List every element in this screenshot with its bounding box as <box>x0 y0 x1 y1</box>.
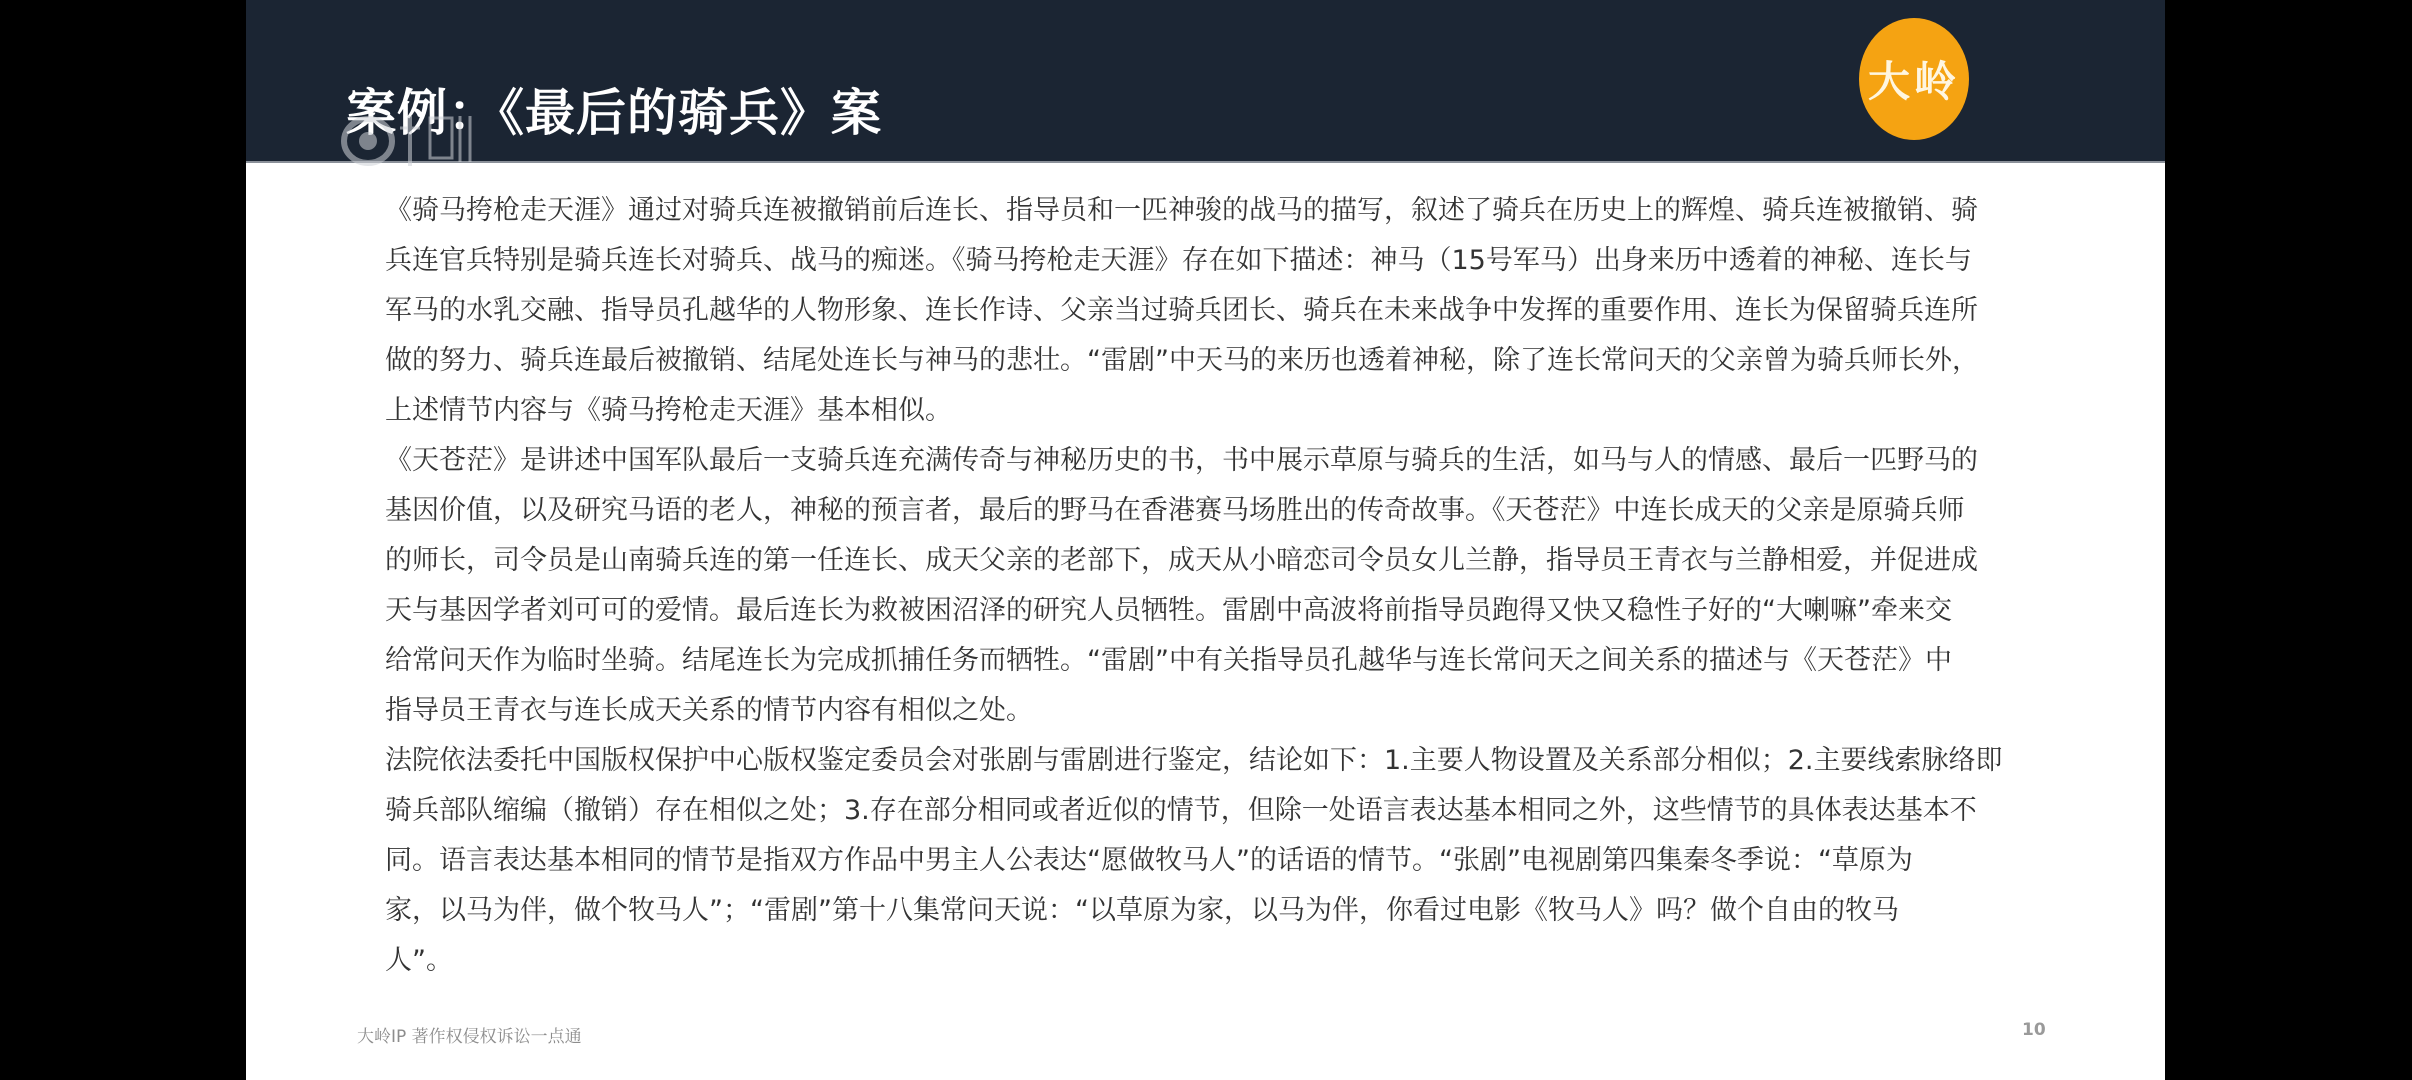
text-line: 《天苍茫》是讲述中国军队最后一支骑兵连充满传奇与神秘历史的书，书中展示草原与骑兵… <box>385 436 2050 486</box>
text-line: 同。语言表达基本相同的情节是指双方作品中男主人公表达“愿做牧马人”的话语的情节。… <box>385 836 2050 886</box>
text-line: 家，以马为伴，做个牧马人”；“雷剧”第十八集常问天说：“以草原为家，以马为伴，你… <box>385 886 2050 936</box>
page-number: 10 <box>2022 1020 2046 1040</box>
text-line: 军马的水乳交融、指导员孔越华的人物形象、连长作诗、父亲当过骑兵团长、骑兵在未来战… <box>385 286 2050 336</box>
video-frame: 案例：《最后的骑兵》案 大岭 《骑马挎枪走天涯》通过对骑兵连被撤销前后连长、指导… <box>0 0 2412 1080</box>
text-line: 兵连官兵特别是骑兵连长对骑兵、战马的痴迷。《骑马挎枪走天涯》存在如下描述：神马（… <box>385 236 2050 286</box>
text-line: 《骑马挎枪走天涯》通过对骑兵连被撤销前后连长、指导员和一匹神骏的战马的描写，叙述… <box>385 186 2050 236</box>
slide-header: 案例：《最后的骑兵》案 大岭 <box>246 0 2165 163</box>
watermark-logo-icon <box>338 96 478 166</box>
text-line: 法院依法委托中国版权保护中心版权鉴定委员会对张剧与雷剧进行鉴定，结论如下：1.主… <box>385 736 2050 786</box>
text-line: 人”。 <box>385 936 2050 986</box>
paragraph-1: 《骑马挎枪走天涯》通过对骑兵连被撤销前后连长、指导员和一匹神骏的战马的描写，叙述… <box>385 186 2050 436</box>
text-line: 上述情节内容与《骑马挎枪走天涯》基本相似。 <box>385 386 2050 436</box>
paragraph-3: 法院依法委托中国版权保护中心版权鉴定委员会对张剧与雷剧进行鉴定，结论如下：1.主… <box>385 736 2050 986</box>
text-line: 给常问天作为临时坐骑。结尾连长为完成抓捕任务而牺牲。“雷剧”中有关指导员孔越华与… <box>385 636 2050 686</box>
text-line: 天与基因学者刘可可的爱情。最后连长为救被困沼泽的研究人员牺牲。雷剧中高波将前指导… <box>385 586 2050 636</box>
slide-body: 《骑马挎枪走天涯》通过对骑兵连被撤销前后连长、指导员和一匹神骏的战马的描写，叙述… <box>385 186 2050 986</box>
slide-footer-text: 大岭IP 著作权侵权诉讼一点通 <box>357 1022 582 1047</box>
text-line: 指导员王青衣与连长成天关系的情节内容有相似之处。 <box>385 686 2050 736</box>
text-line: 骑兵部队缩编（撤销）存在相似之处；3.存在部分相同或者近似的情节，但除一处语言表… <box>385 786 2050 836</box>
presentation-slide: 案例：《最后的骑兵》案 大岭 《骑马挎枪走天涯》通过对骑兵连被撤销前后连长、指导… <box>246 0 2165 1080</box>
brand-logo-text: 大岭 <box>1868 49 1960 109</box>
paragraph-2: 《天苍茫》是讲述中国军队最后一支骑兵连充满传奇与神秘历史的书，书中展示草原与骑兵… <box>385 436 2050 736</box>
brand-logo: 大岭 <box>1859 18 1969 140</box>
text-line: 的师长，司令员是山南骑兵连的第一任连长、成天父亲的老部下，成天从小暗恋司令员女儿… <box>385 536 2050 586</box>
text-line: 做的努力、骑兵连最后被撤销、结尾处连长与神马的悲壮。“雷剧”中天马的来历也透着神… <box>385 336 2050 386</box>
text-line: 基因价值，以及研究马语的老人，神秘的预言者，最后的野马在香港赛马场胜出的传奇故事… <box>385 486 2050 536</box>
